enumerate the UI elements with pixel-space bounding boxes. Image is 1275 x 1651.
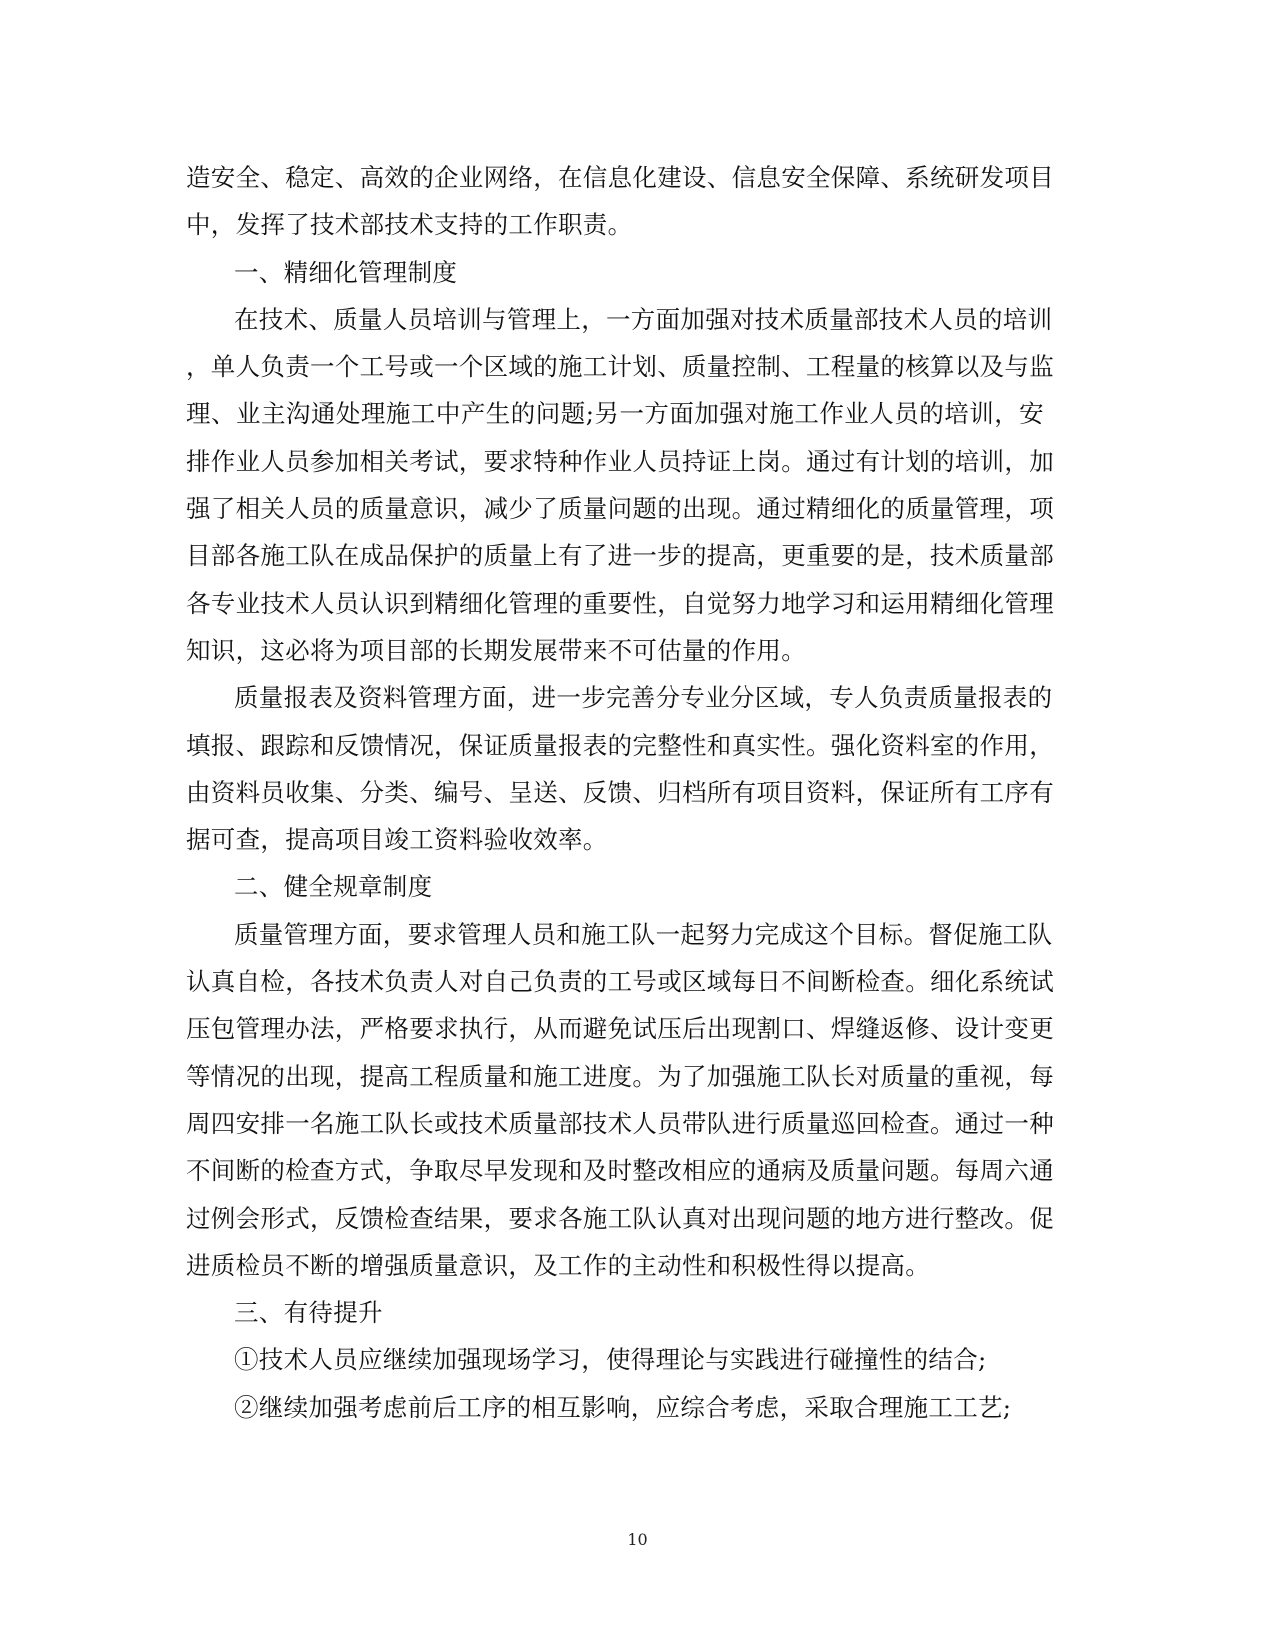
- section-heading-1: 一、精细化管理制度: [186, 249, 1044, 296]
- section-heading-2: 二、健全规章制度: [186, 863, 1044, 910]
- text-line: 据可查，提高项目竣工资料验收效率。: [186, 816, 1044, 863]
- paragraph-reports: 质量报表及资料管理方面，进一步完善分专业分区域，专人负责质量报表的 填报、跟踪和…: [186, 674, 1044, 863]
- text-line: 造安全、稳定、高效的企业网络，在信息化建设、信息安全保障、系统研发项目: [186, 154, 1044, 201]
- list-item-1: ①技术人员应继续加强现场学习，使得理论与实践进行碰撞性的结合;: [186, 1336, 1044, 1383]
- text-line: 等情况的出现，提高工程质量和施工进度。为了加强施工队长对质量的重视，每: [186, 1053, 1044, 1100]
- text-line: 中，发挥了技术部技术支持的工作职责。: [186, 201, 1044, 248]
- text-line: 认真自检，各技术负责人对自己负责的工号或区域每日不间断检查。细化系统试: [186, 958, 1044, 1005]
- text-line: 质量管理方面，要求管理人员和施工队一起努力完成这个目标。督促施工队: [186, 911, 1044, 958]
- text-line: ，单人负责一个工号或一个区域的施工计划、质量控制、工程量的核算以及与监: [186, 343, 1044, 390]
- text-line: 排作业人员参加相关考试，要求特种作业人员持证上岗。通过有计划的培训，加: [186, 438, 1044, 485]
- text-line: 进质检员不断的增强质量意识，及工作的主动性和积极性得以提高。: [186, 1242, 1044, 1289]
- text-line: 不间断的检查方式，争取尽早发现和及时整改相应的通病及质量问题。每周六通: [186, 1147, 1044, 1194]
- text-line: 理、业主沟通处理施工中产生的问题;另一方面加强对施工作业人员的培训，安: [186, 390, 1044, 437]
- text-line: 在技术、质量人员培训与管理上，一方面加强对技术质量部技术人员的培训: [186, 296, 1044, 343]
- text-line: 强了相关人员的质量意识，减少了质量问题的出现。通过精细化的质量管理，项: [186, 485, 1044, 532]
- text-line: 填报、跟踪和反馈情况，保证质量报表的完整性和真实性。强化资料室的作用，: [186, 722, 1044, 769]
- text-line: 质量报表及资料管理方面，进一步完善分专业分区域，专人负责质量报表的: [186, 674, 1044, 721]
- list-item-2: ②继续加强考虑前后工序的相互影响，应综合考虑，采取合理施工工艺;: [186, 1384, 1044, 1431]
- text-line: 由资料员收集、分类、编号、呈送、反馈、归档所有项目资料，保证所有工序有: [186, 769, 1044, 816]
- paragraph-training: 在技术、质量人员培训与管理上，一方面加强对技术质量部技术人员的培训 ，单人负责一…: [186, 296, 1044, 674]
- text-line: 过例会形式，反馈检查结果，要求各施工队认真对出现问题的地方进行整改。促: [186, 1195, 1044, 1242]
- text-line: 周四安排一名施工队长或技术质量部技术人员带队进行质量巡回检查。通过一种: [186, 1100, 1044, 1147]
- document-body: 造安全、稳定、高效的企业网络，在信息化建设、信息安全保障、系统研发项目 中，发挥…: [186, 154, 1044, 1431]
- page-number: 10: [0, 1530, 1275, 1550]
- paragraph-continuation: 造安全、稳定、高效的企业网络，在信息化建设、信息安全保障、系统研发项目 中，发挥…: [186, 154, 1044, 249]
- text-line: 知识，这必将为项目部的长期发展带来不可估量的作用。: [186, 627, 1044, 674]
- document-page: 造安全、稳定、高效的企业网络，在信息化建设、信息安全保障、系统研发项目 中，发挥…: [0, 0, 1275, 1651]
- text-line: 压包管理办法，严格要求执行，从而避免试压后出现割口、焊缝返修、设计变更: [186, 1005, 1044, 1052]
- text-line: 目部各施工队在成品保护的质量上有了进一步的提高，更重要的是，技术质量部: [186, 532, 1044, 579]
- text-line: 各专业技术人员认识到精细化管理的重要性，自觉努力地学习和运用精细化管理: [186, 580, 1044, 627]
- paragraph-quality-management: 质量管理方面，要求管理人员和施工队一起努力完成这个目标。督促施工队 认真自检，各…: [186, 911, 1044, 1289]
- section-heading-3: 三、有待提升: [186, 1289, 1044, 1336]
